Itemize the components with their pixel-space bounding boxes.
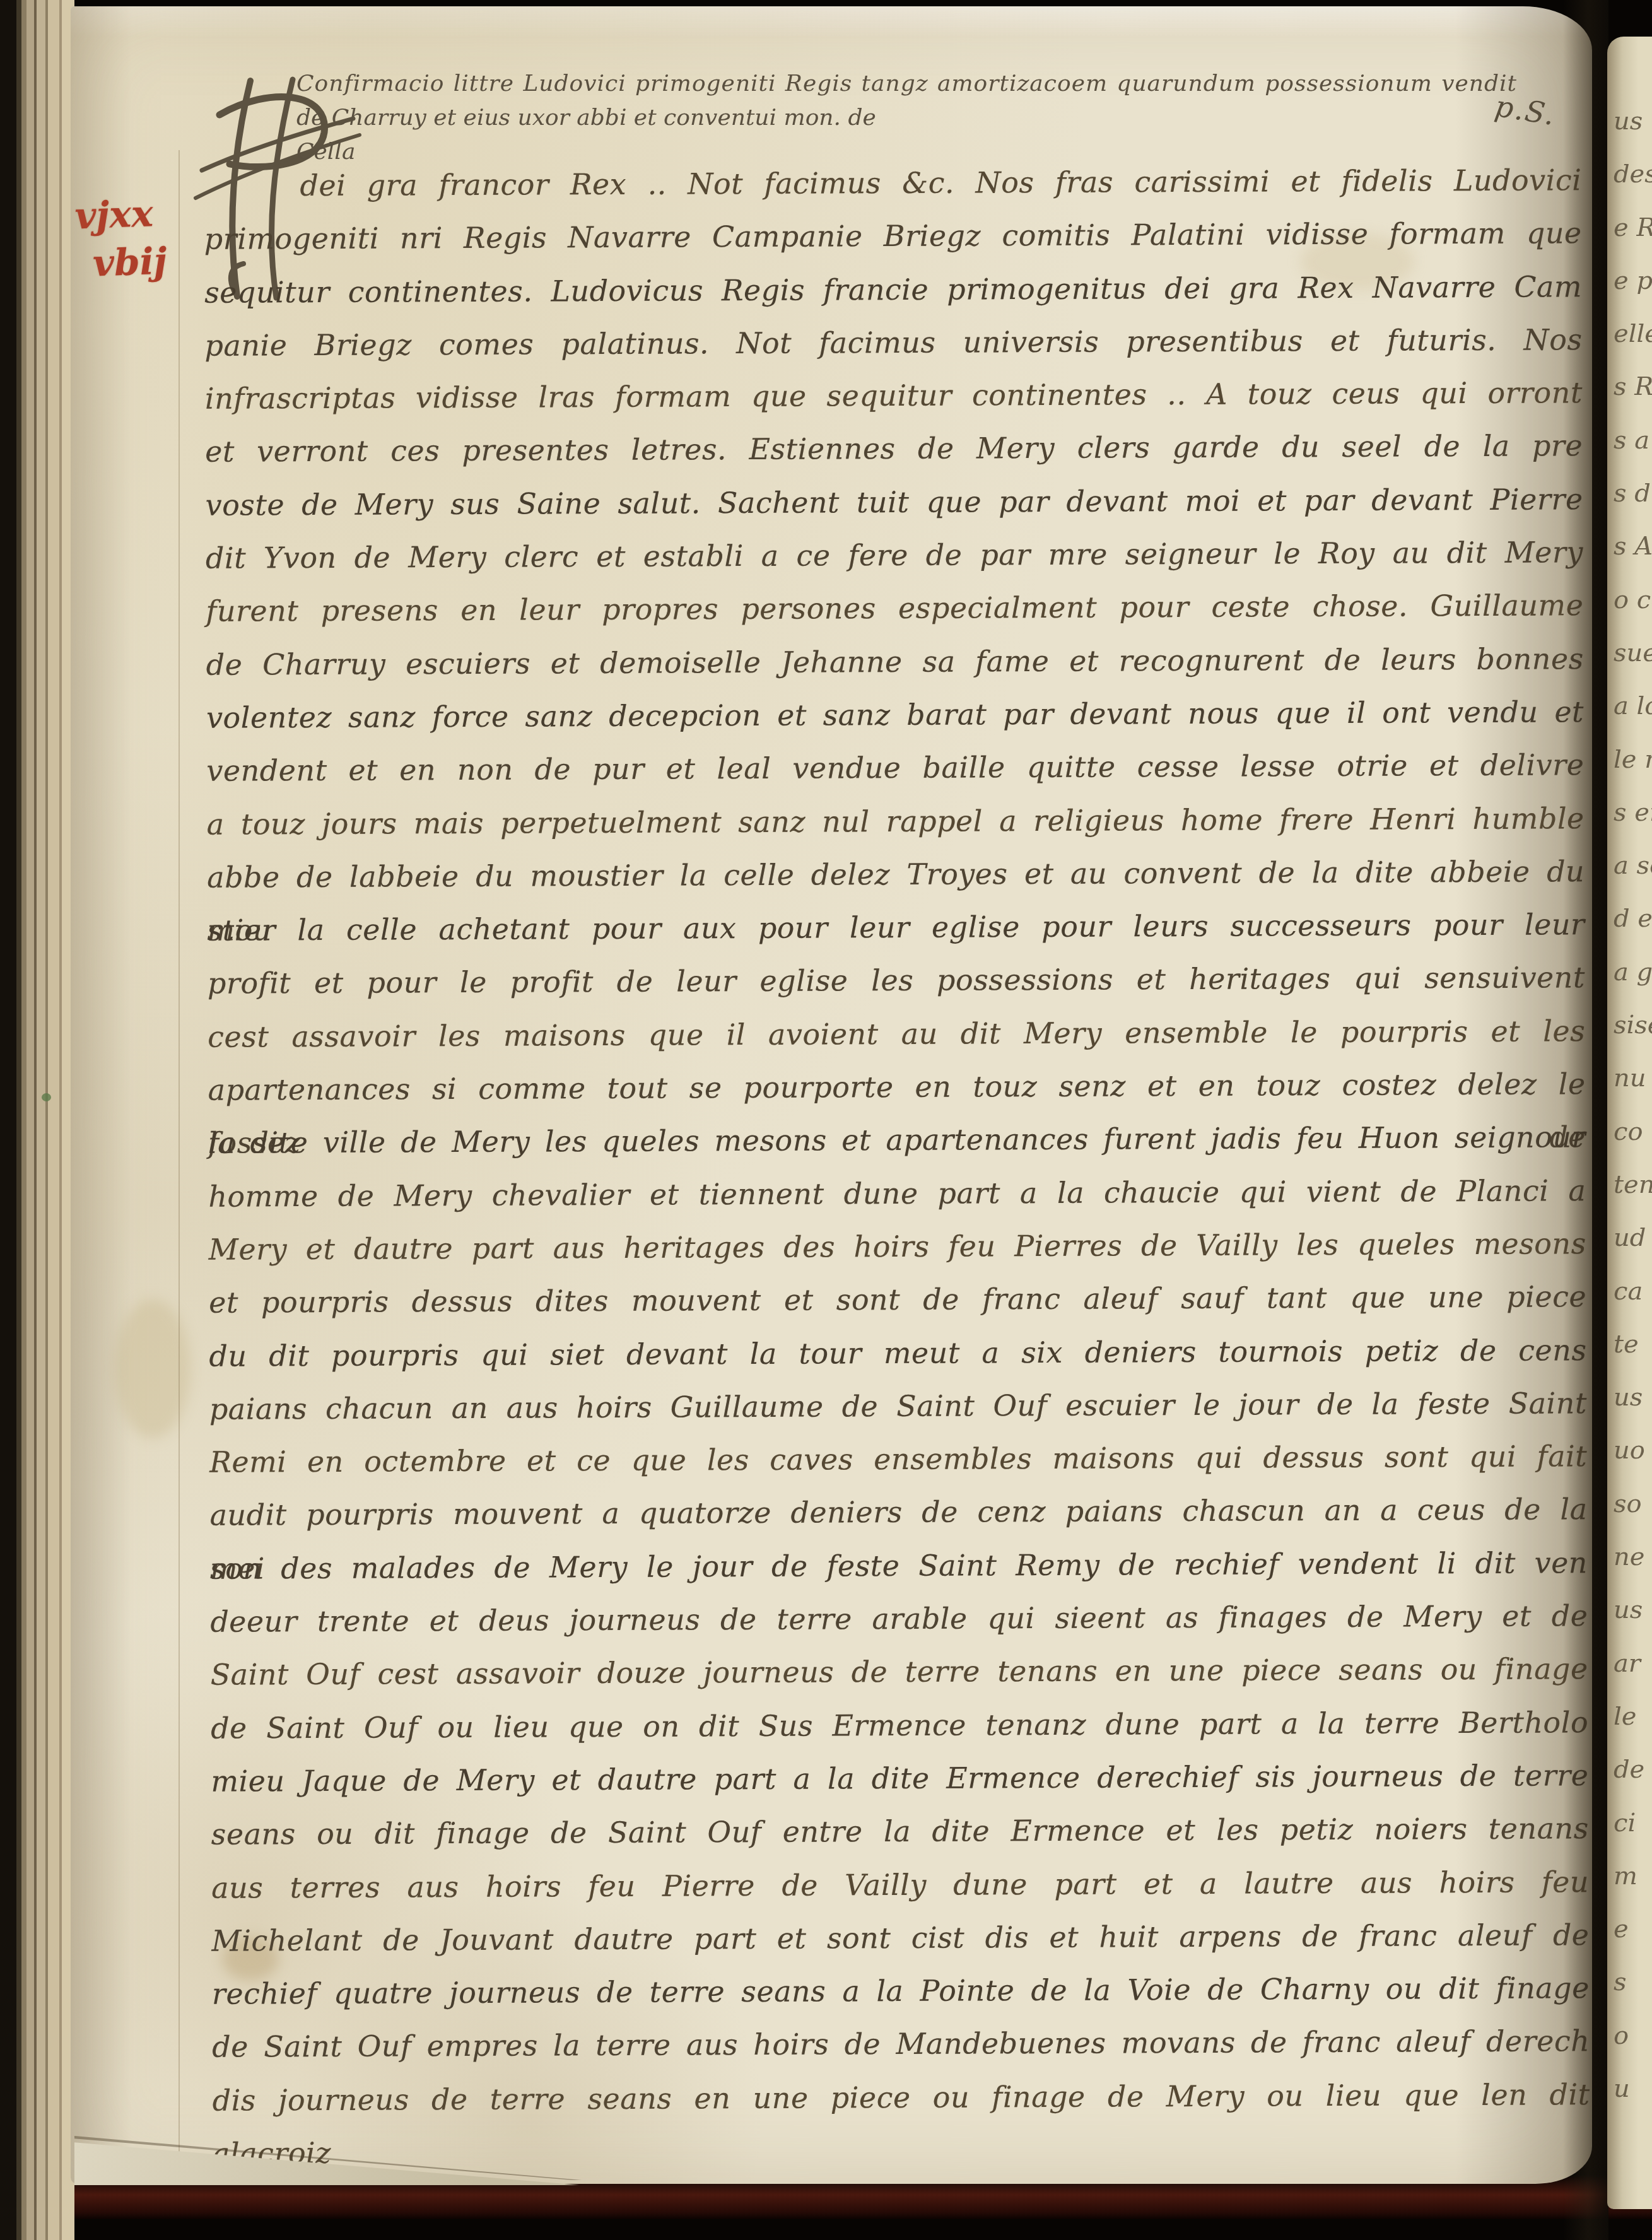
manuscript-line: paians chacun an aus hoirs Guillaume de … xyxy=(209,1376,1587,1436)
manuscript-text-block: dei gra francor Rex .. Not facimus &c. N… xyxy=(204,153,1590,2126)
facing-page-fragment: uo xyxy=(1607,1424,1652,1477)
facing-page-fragment: ca xyxy=(1607,1265,1652,1318)
facing-page-fragment: tens xyxy=(1607,1158,1652,1211)
manuscript-line: aus terres aus hoirs feu Pierre de Vaill… xyxy=(211,1855,1589,1915)
manuscript-line: dis journeus de terre seans en une piece… xyxy=(212,2068,1590,2127)
facing-page-fragment: ud xyxy=(1607,1211,1652,1264)
facing-page-fragment: o cor xyxy=(1607,573,1652,626)
facing-page-fragment: o xyxy=(1607,2009,1652,2062)
manuscript-line: Mery et dautre part aus heritages des ho… xyxy=(209,1217,1586,1276)
folio-number-line: vbij xyxy=(92,237,168,287)
facing-page-fragment: us xyxy=(1607,1583,1652,1636)
manuscript-line: Saint Ouf cest assavoir douze journeus d… xyxy=(211,1643,1588,1702)
manuscript-line: a touz jours mais perpetuelment sanz nul… xyxy=(207,792,1585,851)
facing-page-fragment: a gue xyxy=(1607,946,1652,999)
facing-page-fragment: s Re xyxy=(1607,360,1652,413)
facing-page-fragment: ne xyxy=(1607,1530,1652,1583)
facing-page-fragment: ci xyxy=(1607,1797,1652,1850)
facing-page-fragment: e xyxy=(1607,1903,1652,1956)
facing-page-fragment: s en xyxy=(1607,786,1652,839)
book-binding-left xyxy=(0,0,74,2240)
facing-page-fragment: sise xyxy=(1607,999,1652,1052)
facing-page-fragment: dess xyxy=(1607,148,1652,201)
header-line-1: Confirmacio littre Ludovici primogeniti … xyxy=(296,67,1517,101)
facing-page-fragment: us xyxy=(1607,95,1652,148)
manuscript-line: audit pourpris mouvent a quatorze denier… xyxy=(209,1483,1587,1542)
facing-page-fragment: d ess xyxy=(1607,892,1652,945)
facing-page-fragment: s xyxy=(1607,1956,1652,2008)
facing-page-fragment: le non xyxy=(1607,733,1652,786)
stain-dot xyxy=(42,1093,51,1101)
manuscript-line: du dit pourpris qui siet devant la tour … xyxy=(209,1323,1586,1383)
manuscript-line: volentez sanz force sanz decepcion et sa… xyxy=(206,685,1584,744)
facing-page-fragment: m xyxy=(1607,1850,1652,1903)
manuscript-line: abbe de labbeie du moustier la celle del… xyxy=(207,845,1585,904)
facing-page-fragment: so xyxy=(1607,1477,1652,1530)
facing-page-fragment: co xyxy=(1607,1105,1652,1158)
rubric-header: Confirmacio littre Ludovici primogeniti … xyxy=(296,67,1517,169)
facing-page-text-fragments: usdesse Ree preelles Res as dus Ado cors… xyxy=(1607,37,1652,2115)
manuscript-line: de Saint Ouf empres la terre aus hoirs d… xyxy=(212,2015,1590,2074)
facing-page-fragment: sue xyxy=(1607,626,1652,679)
manuscript-line: mieu Jaque de Mery et dautre part a la d… xyxy=(211,1749,1588,1808)
manuscript-line: primogeniti nri Regis Navarre Campanie B… xyxy=(204,207,1582,266)
margin-ruling-line xyxy=(179,150,180,2162)
manuscript-line: sequitur continentes. Ludovicus Regis fr… xyxy=(204,260,1582,319)
manuscript-line: infrascriptas vidisse lras formam que se… xyxy=(205,366,1583,425)
facing-page-fragment: a se xyxy=(1607,839,1652,892)
manuscript-line: deeur trente et deus journeus de terre a… xyxy=(210,1589,1588,1648)
facing-page-fragment: s du xyxy=(1607,467,1652,520)
manuscript-line: dit Yvon de Mery clerc et establi a ce f… xyxy=(206,525,1583,585)
facing-page-fragment: e pre xyxy=(1607,254,1652,307)
manuscript-line: Remi en octembre et ce que les caves ens… xyxy=(209,1429,1587,1489)
manuscript-line: profit et pour le profit de leur eglise … xyxy=(208,951,1585,1011)
manuscript-page: vjxx vbij Confirmacio littre Ludovici pr… xyxy=(71,6,1592,2184)
facing-page-fragment: le xyxy=(1607,1690,1652,1743)
manuscript-line: rechief quatre journeus de terre seans a… xyxy=(212,1961,1590,2020)
facing-page-fragment: te xyxy=(1607,1318,1652,1371)
facing-page-fragment: s a xyxy=(1607,414,1652,467)
facing-page-fragment: e Re xyxy=(1607,201,1652,254)
facing-page-fragment: nu xyxy=(1607,1052,1652,1105)
folio-number-line: vjxx xyxy=(74,189,166,240)
manuscript-line: seans ou dit finage de Saint Ouf entre l… xyxy=(211,1802,1589,1861)
facing-page-fragment: de xyxy=(1607,1743,1652,1796)
folio-number-rubric: vjxx vbij xyxy=(74,189,167,288)
manuscript-line: de Saint Ouf ou lieu que on dit Sus Erme… xyxy=(211,1696,1588,1755)
manuscript-line: de Charruy escuiers et demoiselle Jehann… xyxy=(206,632,1584,691)
facing-page-fragment: us xyxy=(1607,1371,1652,1424)
manuscript-line: et pourpris dessus dites mouvent et sont… xyxy=(209,1270,1586,1329)
facing-page-fragment: elle xyxy=(1607,307,1652,360)
manuscript-line: voste de Mery sus Saine salut. Sachent t… xyxy=(205,472,1583,532)
manuscript-line: et verront ces presentes letres. Estienn… xyxy=(205,419,1583,479)
manuscript-line: homme de Mery chevalier et tiennent dune… xyxy=(208,1164,1586,1223)
manuscript-line: la dite ville de Mery les queles mesons … xyxy=(208,1111,1586,1170)
manuscript-line: Michelant de Jouvant dautre part et sont… xyxy=(211,1908,1589,1967)
manuscript-line: stier la celle achetant pour aux pour le… xyxy=(207,898,1585,957)
manuscript-line: furent presens en leur propres persones … xyxy=(206,579,1583,638)
book-photo: vjxx vbij Confirmacio littre Ludovici pr… xyxy=(0,0,1652,2240)
facing-page-fragment: u xyxy=(1607,2062,1652,2115)
manuscript-line: apartenances si comme tout se pourporte … xyxy=(208,1057,1585,1117)
manuscript-line: cest assavoir les maisons que il avoient… xyxy=(208,1004,1585,1064)
facing-page-fragment: ar xyxy=(1607,1637,1652,1690)
facing-page-fragment: s Ad xyxy=(1607,520,1652,573)
manuscript-line: dei gra francor Rex .. Not facimus &c. N… xyxy=(204,153,1581,213)
manuscript-line: panie Briegz comes palatinus. Not facimu… xyxy=(204,313,1582,372)
facing-page-edge: usdesse Ree preelles Res as dus Ado cors… xyxy=(1607,37,1652,2209)
manuscript-line: son des malades de Mery le jour de feste… xyxy=(210,1536,1588,1595)
manuscript-line: vendent et en non de pur et leal vendue … xyxy=(206,739,1584,798)
facing-page-fragment: a lou xyxy=(1607,679,1652,732)
